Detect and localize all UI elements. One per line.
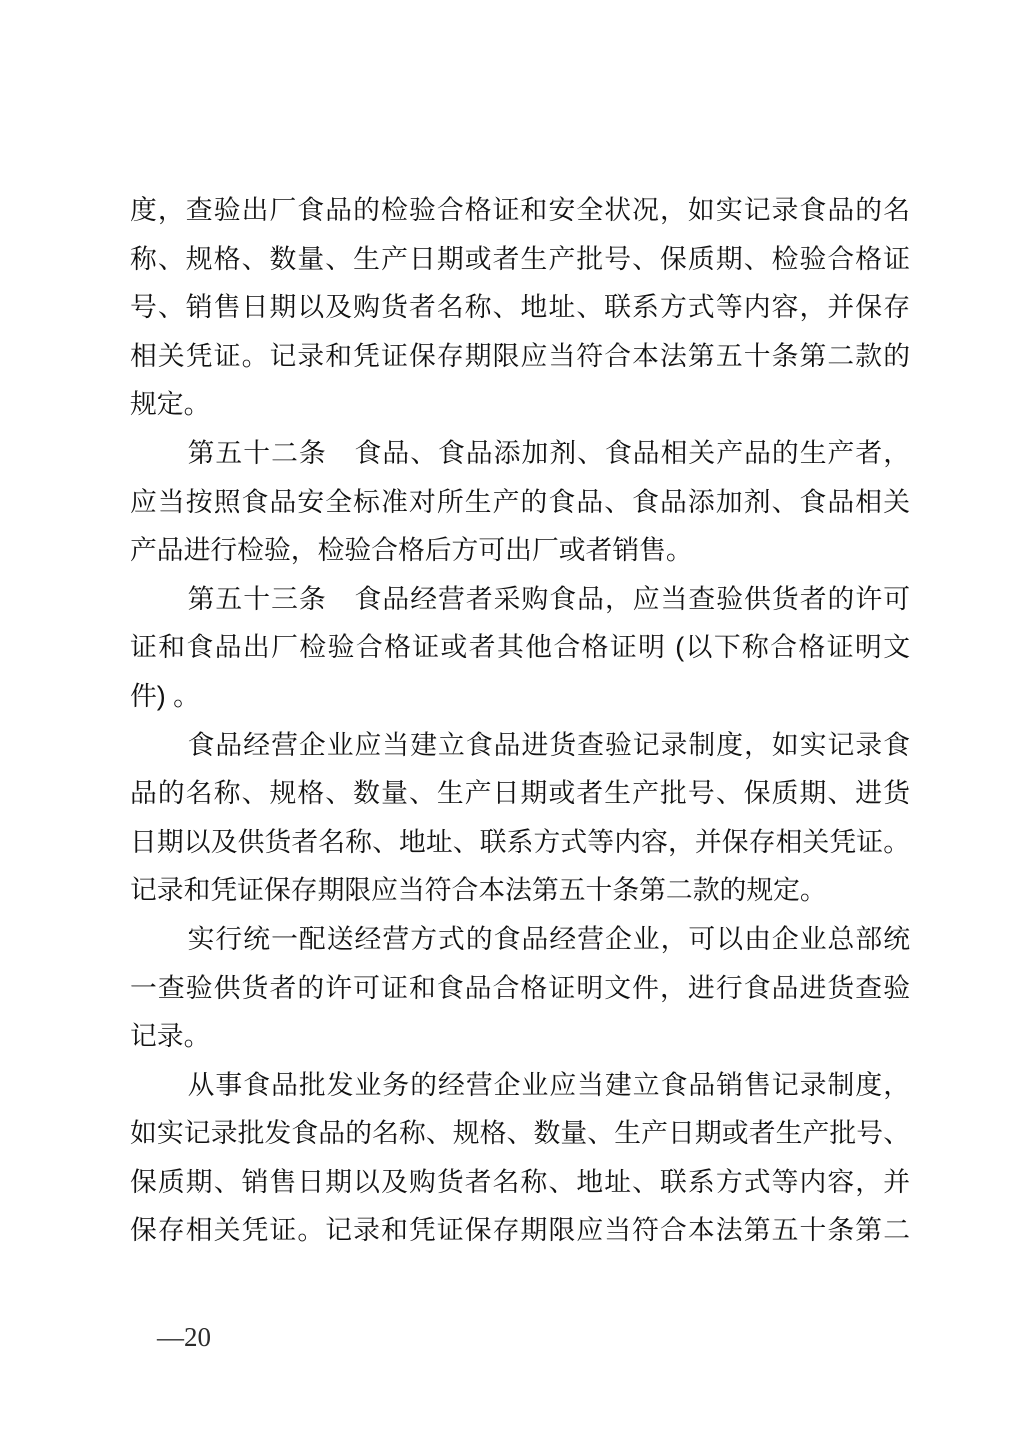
- text-line-article-53: 第五十三条 食品经营者采购食品，应当查验供货者的许可: [130, 575, 910, 624]
- text-line: 产品进行检验，检验合格后方可出厂或者销售。: [130, 526, 910, 575]
- text-line-article-52: 第五十二条 食品、食品添加剂、食品相关产品的生产者，: [130, 429, 910, 478]
- text-line: 件) 。: [130, 672, 910, 721]
- body-text: 度，查验出厂食品的检验合格证和安全状况，如实记录食品的名 称、规格、数量、生产日…: [130, 186, 910, 1255]
- text-line: 品的名称、规格、数量、生产日期或者生产批号、保质期、进货: [130, 769, 910, 818]
- text-line: 称、规格、数量、生产日期或者生产批号、保质期、检验合格证: [130, 235, 910, 284]
- text-line: 食品经营企业应当建立食品进货查验记录制度，如实记录食: [130, 721, 910, 770]
- text-line: 规定。: [130, 380, 910, 429]
- text-line: 保质期、销售日期以及购货者名称、地址、联系方式等内容，并: [130, 1158, 910, 1207]
- text-line: 如实记录批发食品的名称、规格、数量、生产日期或者生产批号、: [130, 1109, 910, 1158]
- text-line: 应当按照食品安全标准对所生产的食品、食品添加剂、食品相关: [130, 478, 910, 527]
- text-line: 号、销售日期以及购货者名称、地址、联系方式等内容，并保存: [130, 283, 910, 332]
- text-line: 记录。: [130, 1012, 910, 1061]
- text-line: 证和食品出厂检验合格证或者其他合格证明 (以下称合格证明文: [130, 623, 910, 672]
- page-number: —20: [157, 1321, 211, 1353]
- text-line: 日期以及供货者名称、地址、联系方式等内容，并保存相关凭证。: [130, 818, 910, 867]
- text-line: 从事食品批发业务的经营企业应当建立食品销售记录制度，: [130, 1061, 910, 1110]
- text-line: 记录和凭证保存期限应当符合本法第五十条第二款的规定。: [130, 866, 910, 915]
- text-line: 一查验供货者的许可证和食品合格证明文件，进行食品进货查验: [130, 964, 910, 1013]
- text-line: 度，查验出厂食品的检验合格证和安全状况，如实记录食品的名: [130, 186, 910, 235]
- document-page: 度，查验出厂食品的检验合格证和安全状况，如实记录食品的名 称、规格、数量、生产日…: [0, 0, 1024, 1450]
- text-line: 保存相关凭证。记录和凭证保存期限应当符合本法第五十条第二: [130, 1206, 910, 1255]
- text-line: 实行统一配送经营方式的食品经营企业，可以由企业总部统: [130, 915, 910, 964]
- text-line: 相关凭证。记录和凭证保存期限应当符合本法第五十条第二款的: [130, 332, 910, 381]
